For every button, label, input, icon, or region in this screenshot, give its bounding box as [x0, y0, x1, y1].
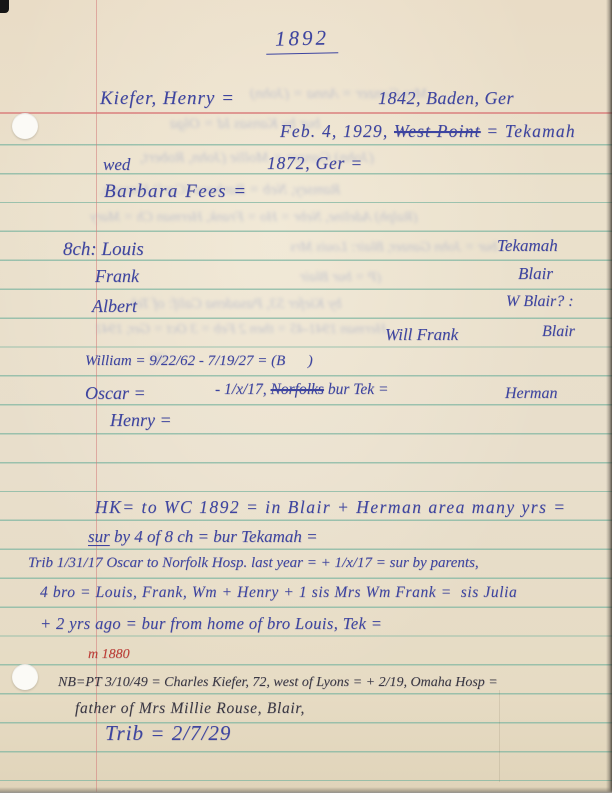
handwriting-line: Blair: [542, 323, 575, 341]
handwriting-line: Will Frank: [385, 325, 458, 345]
bleedthrough-line: (Ralph) Adeline, Nebr = Ho = Frank, Herm…: [90, 210, 417, 226]
handwriting-line: Frank: [95, 266, 139, 287]
handwriting-line: Oscar =: [85, 383, 146, 404]
handwriting-line: NB=PT 3/10/49 = Charles Kiefer, 72, west…: [58, 675, 498, 691]
hole-punch-bottom: [12, 664, 38, 690]
paper-bottom-edge: [0, 787, 612, 793]
scan-corner-mark: [0, 0, 9, 13]
notebook-page: Mrs Ganzer = Anna = (John)bur by Kansas …: [0, 0, 612, 792]
handwriting-line: + 2 yrs ago = bur from home of bro Louis…: [40, 614, 382, 634]
handwriting-line: 8ch: Louis: [63, 239, 144, 261]
bleedthrough-line: by Kiefer 53, Pasadena Calif: of Tek: [130, 296, 342, 313]
handwriting-line: Kiefer, Henry =: [100, 88, 235, 110]
hole-punch-top: [12, 113, 38, 139]
handwriting-line: sur by 4 of 8 ch = bur Tekamah =: [88, 527, 318, 547]
handwriting-line: Trib 1/31/17 Oscar to Norfolk Hosp. last…: [28, 555, 479, 572]
handwriting-line: 1842, Baden, Ger: [378, 88, 514, 109]
handwriting-line: Trib = 2/7/29: [105, 721, 231, 746]
handwriting-line: Henry =: [110, 410, 172, 431]
page-title: 1892: [266, 25, 339, 55]
handwriting-line: HK= to WC 1892 = in Blair + Herman area …: [95, 497, 567, 518]
handwriting-line: wed: [103, 155, 130, 175]
red-header-rule: [0, 112, 612, 114]
handwriting-line: William = 9/22/62 - 7/19/27 = (B ): [85, 353, 313, 370]
handwriting-line: 4 bro = Louis, Frank, Wm + Henry + 1 sis…: [40, 584, 517, 602]
handwriting-line: Herman: [505, 385, 557, 403]
handwriting-line: father of Mrs Millie Rouse, Blair,: [75, 700, 305, 718]
scan-right-edge: [606, 0, 612, 792]
handwriting-line: Blair: [518, 264, 553, 284]
handwriting-line: Albert: [92, 296, 137, 317]
handwriting-line: 1872, Ger =: [267, 153, 363, 174]
paper-crease: [499, 690, 500, 782]
handwriting-line: Barbara Fees =: [104, 181, 248, 203]
handwriting-line: W Blair? :: [506, 293, 574, 311]
handwriting-line: Tekamah: [497, 236, 558, 256]
handwriting-line: m 1880: [88, 647, 130, 663]
handwriting-line: Feb. 4, 1929, West Point = Tekamah: [280, 121, 576, 142]
handwriting-line: - 1/x/17, Norfolks bur Tek =: [215, 381, 389, 399]
bleedthrough-line: Herman 1941-45 = then 2 Feb = 3 Oct = Ge…: [95, 322, 386, 338]
bleedthrough-line: (P = bur Blair: [300, 270, 381, 286]
bleedthrough-line: bur = John Ganzer, Blair: Louis Mrs: [290, 240, 497, 256]
